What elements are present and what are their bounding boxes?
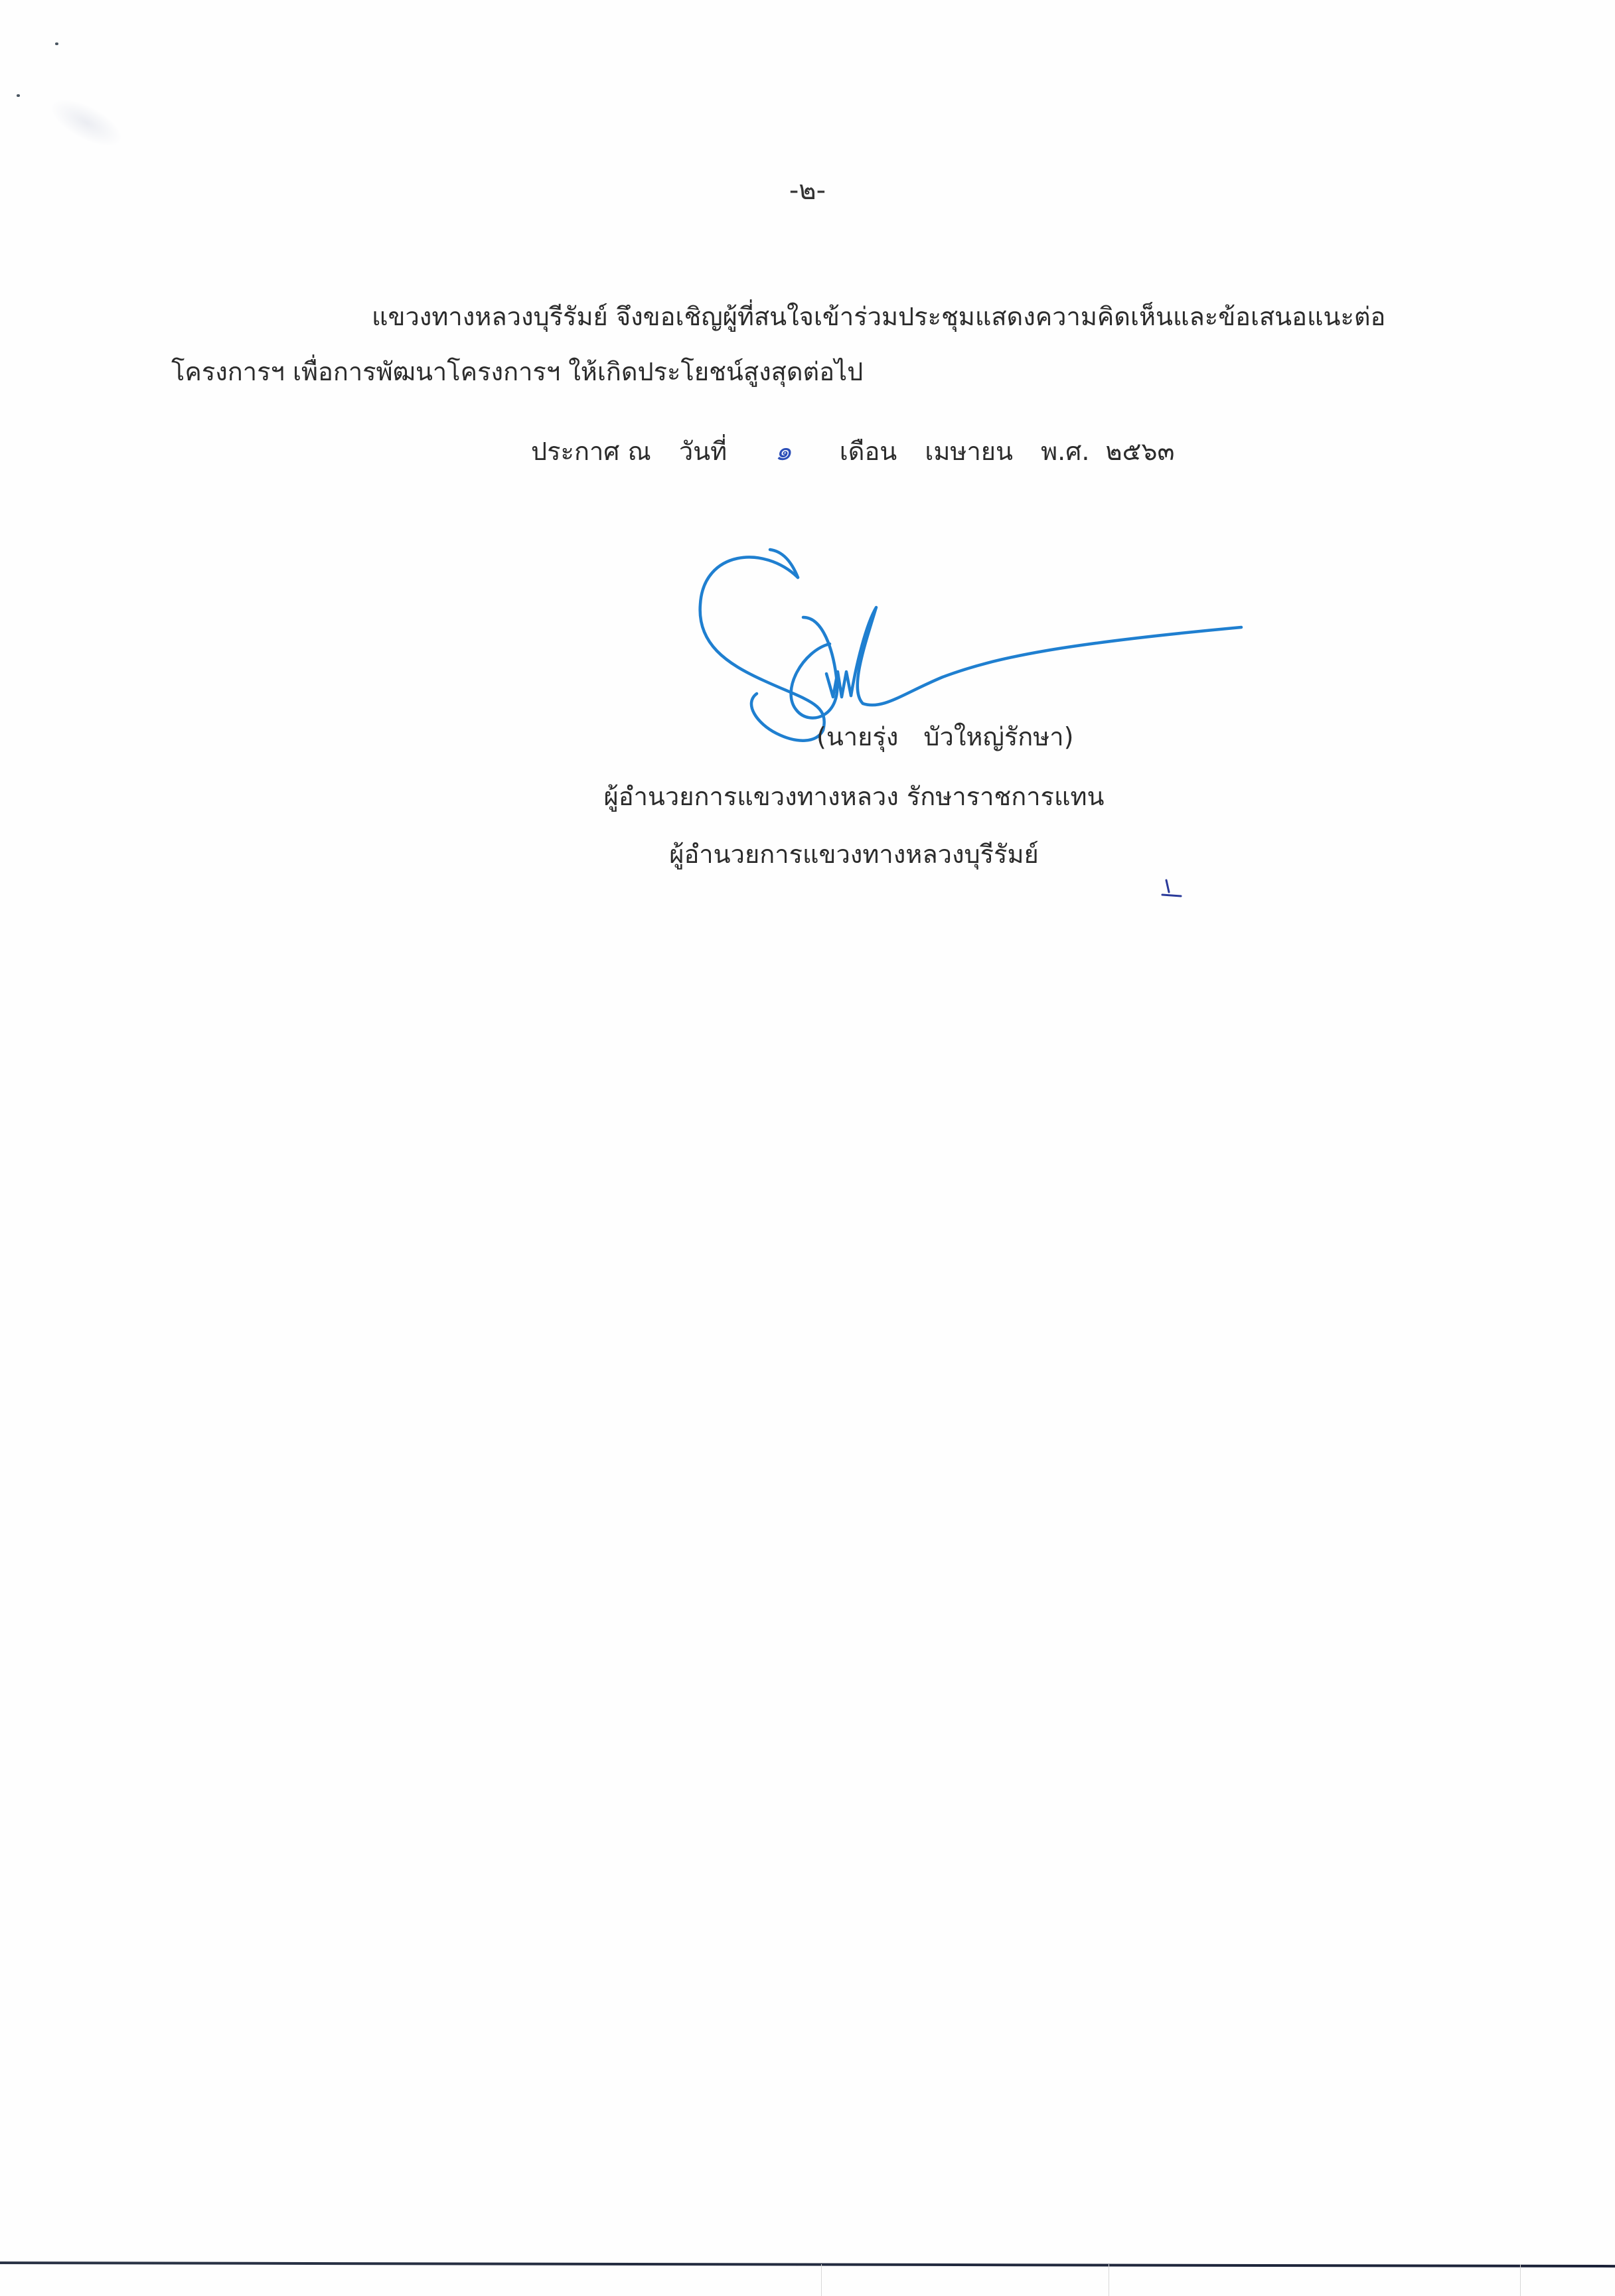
- day-label: วันที่: [679, 435, 727, 468]
- scan-speck: [17, 94, 20, 97]
- body-paragraph-line-1: แขวงทางหลวงบุรีรัมย์ จึงขอเชิญผู้ที่สนใจ…: [372, 300, 1385, 333]
- signer-name: (นายรุ่งบัวใหญ่รักษา): [816, 720, 1073, 753]
- year-value: ๒๕๖๓: [1106, 435, 1175, 468]
- page-bottom-edge-line: [0, 2261, 1615, 2267]
- signer-first-name: (นายรุ่ง: [816, 722, 898, 751]
- day-value-handwritten: ๑: [775, 435, 791, 468]
- scan-smudge: [43, 90, 129, 156]
- signer-last-name: บัวใหญ่รักษา): [923, 722, 1073, 751]
- scan-speck: [55, 42, 58, 45]
- scan-fold-line: [821, 2264, 822, 2296]
- announcement-date: ประกาศ ณ วันที่ ๑ เดือน เมษายน พ.ศ. ๒๕๖๓: [531, 435, 1174, 468]
- signer-title-line-1: ผู้อำนวยการแขวงทางหลวง รักษาราชการแทน: [0, 780, 1615, 813]
- date-prefix: ประกาศ ณ: [531, 435, 651, 468]
- scan-fold-line: [1109, 2264, 1109, 2296]
- signer-title-line-2: ผู้อำนวยการแขวงทางหลวงบุรีรัมย์: [0, 838, 1615, 871]
- page-number: -๒-: [0, 174, 1615, 207]
- month-value: เมษายน: [925, 435, 1013, 468]
- body-paragraph-line-2: โครงการฯ เพื่อการพัฒนาโครงการฯ ให้เกิดปร…: [171, 355, 863, 388]
- handwritten-signature: [664, 531, 1328, 750]
- month-label: เดือน: [840, 435, 897, 468]
- year-label: พ.ศ.: [1041, 435, 1089, 468]
- scan-fold-line: [1520, 2264, 1521, 2296]
- handwritten-initial-mark: [1158, 876, 1185, 903]
- document-page: -๒- แขวงทางหลวงบุรีรัมย์ จึงขอเชิญผู้ที่…: [0, 0, 1615, 2296]
